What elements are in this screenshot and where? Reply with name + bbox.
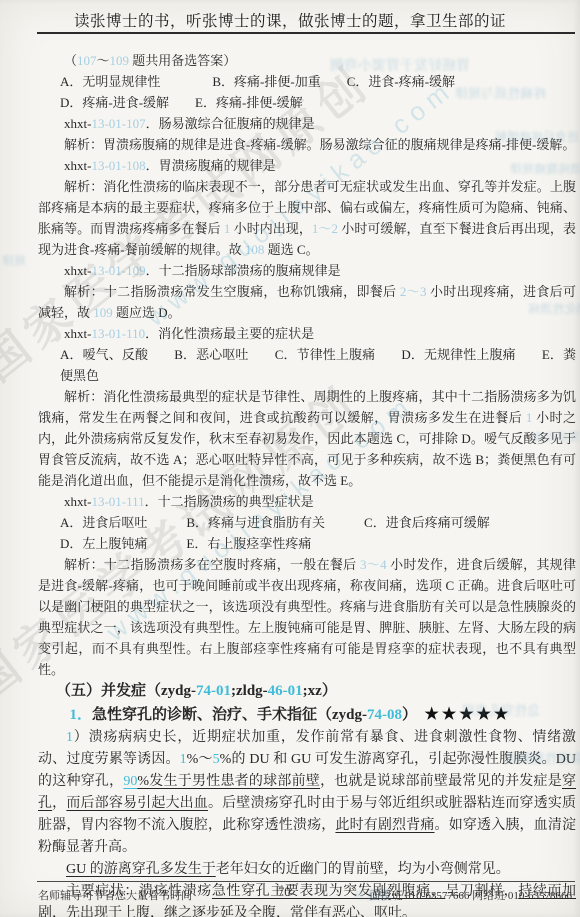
document-body: （107～109 题共用备选答案）A．无明显规律性 B．疼痛-排便-加重 C．进… <box>38 50 576 917</box>
question-111: xhxt-13-01-111．十二指肠溃疡的典型症状是 <box>38 491 576 512</box>
footer-contact-phones: 面授班 010-63577666 网络班 010-63578666 <box>369 887 572 903</box>
shared-options-stem: （107～109 题共用备选答案） <box>38 50 576 71</box>
subsection-heading: 1．急性穿孔的诊断、治疗、手术指征（zydg-74-08） ★★★★★ <box>38 703 576 727</box>
footer-divider <box>37 881 575 882</box>
rating-stars: ★★★★★ <box>425 706 512 723</box>
question-108: xhxt-13-01-108．胃溃疡腹痛的规律是 <box>38 155 576 176</box>
options-row-111-de: D．左上腹钝痛 E．右上腹痉挛性疼痛 <box>38 533 576 554</box>
perforation-paragraph: 1）溃疡病病史长，近期症状加重，发作前常有暴食、进食刺激性食物、情绪激动、过度劳… <box>38 727 576 859</box>
analysis-110: 解析：消化性溃疡最典型的症状是节律性、周期性的上腹疼痛，其中十二指肠溃疡多为饥饿… <box>38 386 576 491</box>
bleedthrough-text: 规律 <box>2 252 26 269</box>
options-row-110: A．嗳气、反酸 B．恶心呕吐 C．节律性上腹痛 D．无规律性上腹痛 E．粪便黑色 <box>38 344 576 386</box>
header-divider <box>37 32 575 34</box>
document-page: 读张博士的书，听张博士的课，做张博士的题，拿卫生部的证 国家医学考试网原创 ww… <box>0 0 580 917</box>
question-110: xhxt-13-01-110．消化性溃疡最主要的症状是 <box>38 323 576 344</box>
gu-perforation-paragraph: GU 的游离穿孔多发生于老年妇女的近幽门的胃前壁，均为小弯侧常见。 <box>38 859 576 881</box>
footer-slogan: 名师辅导可节省您大量看书时间 <box>38 887 192 903</box>
analysis-109: 解析：十二指肠溃疡常发生空腹痛，也称饥饿痛，即餐后 2～3 小时出现疼痛，进食后… <box>38 281 576 323</box>
question-109: xhxt-13-01-109．十二指肠球部溃疡的腹痛规律是 <box>38 260 576 281</box>
section-heading: （五）并发症（zydg-74-01;zldg-46-01;xz） <box>38 680 576 703</box>
page-footer: 名师辅导可节省您大量看书时间 70 面授班 010-63577666 网络班 0… <box>38 887 572 903</box>
analysis-108: 解析：消化性溃疡的临床表现不一，部分患者可无症状或发生出血、穿孔等并发症。上腹部… <box>38 176 576 260</box>
page-number: 70 <box>278 885 291 900</box>
header-slogan: 读张博士的书，听张博士的课，做张博士的题，拿卫生部的证 <box>0 9 580 31</box>
analysis-111: 解析：十二指肠溃疡多在空腹时疼痛，一般在餐后 3～4 小时发作，进食后缓解，其规… <box>38 554 576 680</box>
options-row-111-abc: A．进食后呕吐 B．疼痛与进食脂肪有关 C．进食后疼痛可缓解 <box>38 512 576 533</box>
analysis-107: 解析：胃溃疡腹痛的规律是进食-疼痛-缓解。肠易激综合征的腹痛规律是疼痛-排便-缓… <box>38 134 576 155</box>
question-107: xhxt-13-01-107．肠易激综合征腹痛的规律是 <box>38 113 576 134</box>
options-row-abc: A．无明显规律性 B．疼痛-排便-加重 C．进食-疼痛-缓解 <box>38 71 576 92</box>
options-row-de: D．疼痛-进食-缓解 E．疼痛-排便-缓解 <box>38 92 576 113</box>
